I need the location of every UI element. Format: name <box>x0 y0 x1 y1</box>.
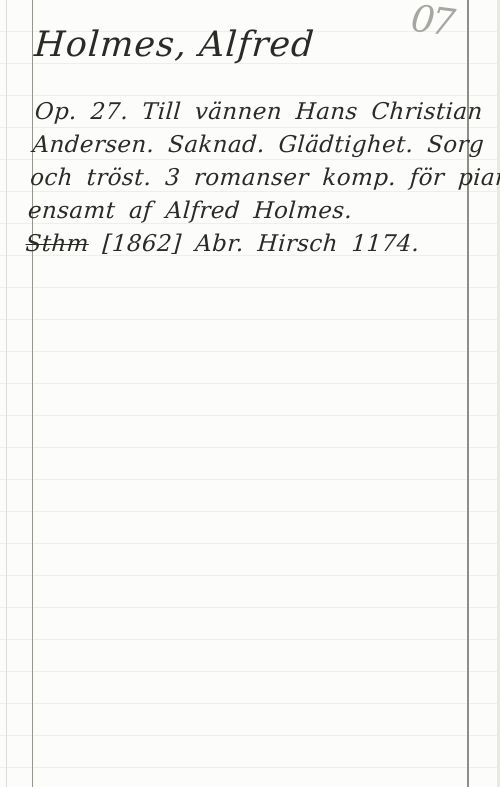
imprint-year-publisher-plate: [1862] Abr. Hirsch 1174. <box>88 231 420 257</box>
catalog-card-scan: 07 Holmes, Alfred Op. 27. Till vännen Ha… <box>0 0 500 787</box>
card-body-line: Op. 27. Till vännen Hans Christian <box>34 96 468 129</box>
left-paper-edge-line <box>6 0 7 787</box>
pencil-number-annotation: 07 <box>409 0 455 44</box>
card-body: Op. 27. Till vännen Hans Christian Ander… <box>24 96 468 261</box>
card-body-line: Andersen. Saknad. Glädtighet. Sorg <box>31 129 465 162</box>
card-imprint-line: Sthm [1862] Abr. Hirsch 1174. <box>24 228 458 261</box>
card-heading-composer-name: Holmes, Alfred <box>33 25 316 65</box>
card-left-rule <box>32 0 33 787</box>
card-body-line: och tröst. 3 romanser komp. för piano <box>29 162 463 195</box>
imprint-place-abbreviation: Sthm <box>25 231 90 257</box>
card-body-line: ensamt af Alfred Holmes. <box>27 195 461 228</box>
